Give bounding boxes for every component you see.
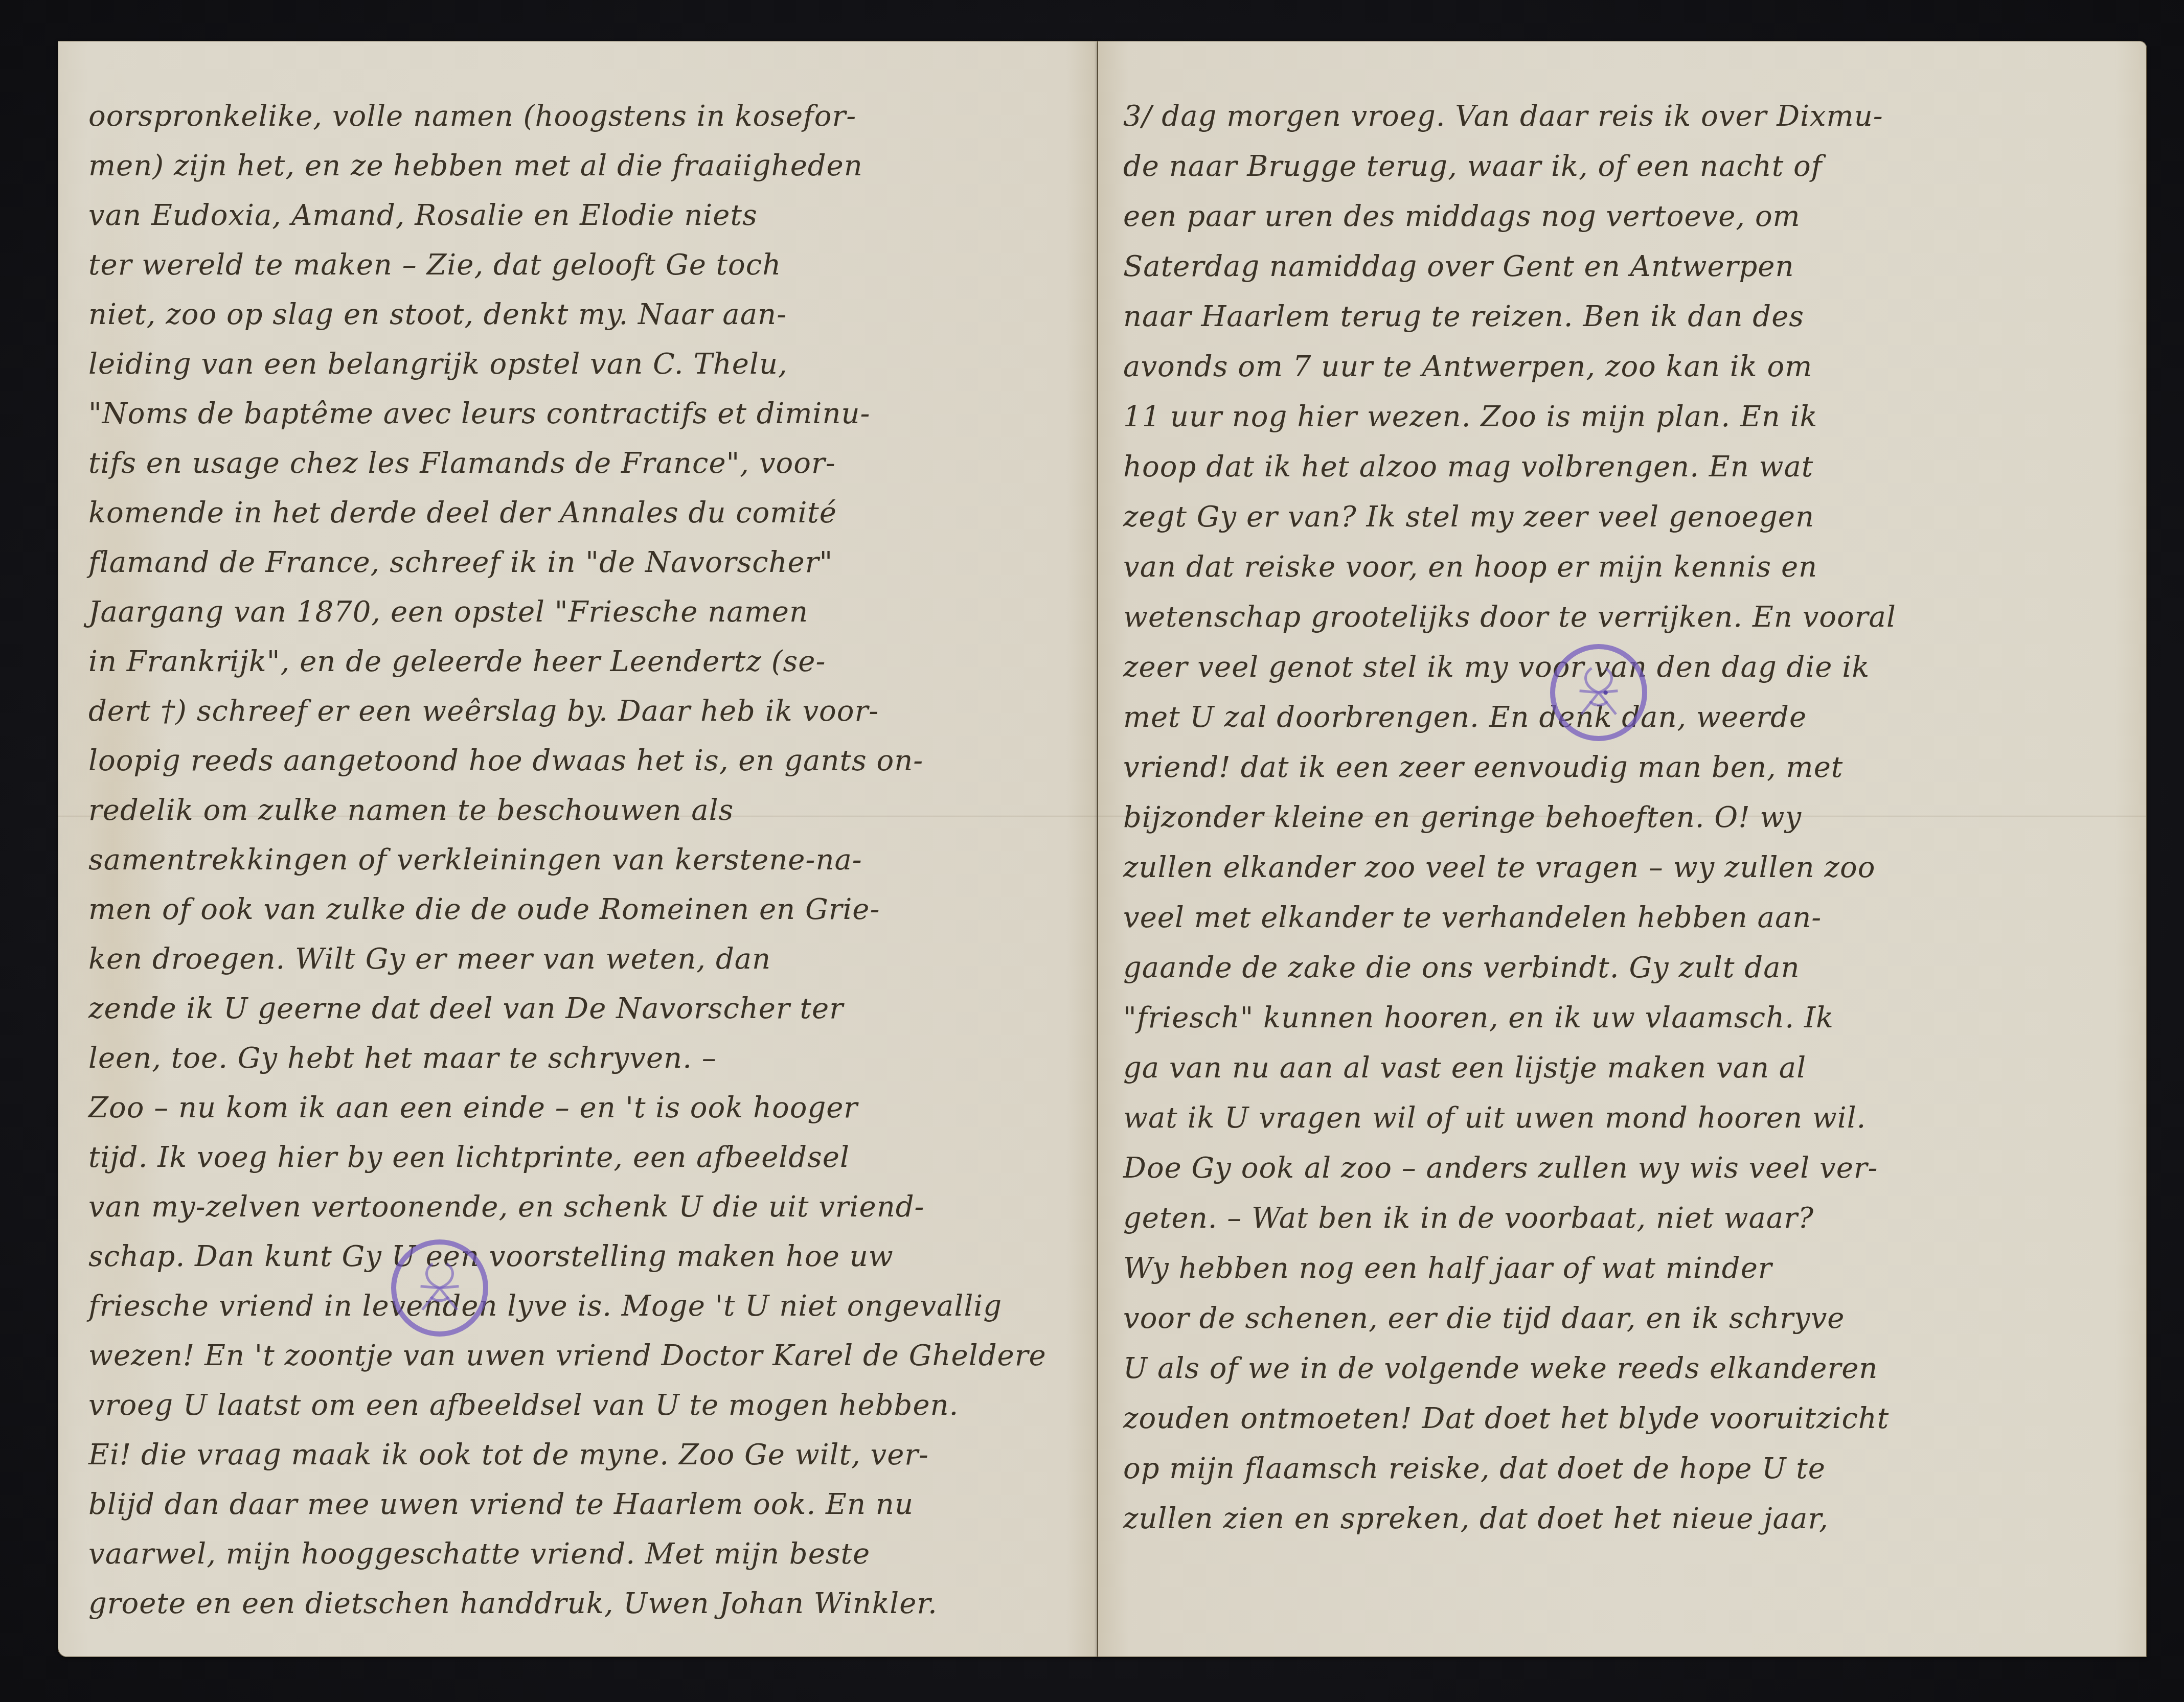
text-line: redelik om zulke namen te beschouwen als [88,796,734,825]
text-line: in Frankrijk", en de geleerde heer Leend… [88,648,826,676]
text-line: komende in het derde deel der Annales du… [88,499,837,527]
text-line: zullen zien en spreken, dat doet het nie… [1123,1505,1829,1533]
text-line: op mijn flaamsch reiske, dat doet de hop… [1123,1455,1826,1483]
text-line: naar Haarlem terug te reizen. Ben ik dan… [1123,303,1804,331]
text-line: blijd dan daar mee uwen vriend te Haarle… [88,1490,914,1519]
text-line: dert †) schreef er een weêrslag by. Daar… [88,697,879,726]
left-page: oorspronkelike, volle namen (hoogstens i… [58,41,1098,1657]
text-line: schap. Dan kunt Gy U een voorstelling ma… [88,1243,894,1271]
right-page-text: 3/ dag morgen vroeg. Van daar reis ik ov… [1098,41,2147,1657]
text-line: zegt Gy er van? Ik stel my zeer veel gen… [1123,503,1814,532]
text-line: loopig reeds aangetoond hoe dwaas het is… [88,747,923,775]
text-line: Wy hebben nog een half jaar of wat minde… [1123,1254,1772,1283]
text-line: veel met elkander te verhandelen hebben … [1123,904,1822,932]
text-line: oorspronkelike, volle namen (hoogstens i… [88,102,856,131]
text-line: men of ook van zulke die de oude Romeine… [88,895,880,924]
text-line: zeer veel genot stel ik my voor van den … [1123,653,1870,682]
text-line: van dat reiske voor, en hoop er mijn ken… [1123,553,1817,582]
text-line: vroeg U laatst om een afbeeldsel van U t… [88,1391,959,1420]
right-page: 3/ dag morgen vroeg. Van daar reis ik ov… [1098,41,2147,1657]
text-line: groete en een dietschen handdruk, Uwen J… [88,1590,938,1618]
text-line: bijzonder kleine en geringe behoeften. O… [1123,803,1802,832]
text-line: ken droegen. Wilt Gy er meer van weten, … [88,945,771,974]
text-line: ga van nu aan al vast een lijstje maken … [1123,1054,1806,1083]
text-line: zullen elkander zoo veel te vragen – wy … [1123,854,1875,882]
text-line: voor de schenen, eer die tijd daar, en i… [1123,1304,1845,1333]
text-line: samentrekkingen of verkleiningen van ker… [88,846,862,875]
text-line: Zoo – nu kom ik aan een einde – en 't is… [88,1094,858,1122]
library-stamp-icon [1550,644,1647,741]
text-line: Jaargang van 1870, een opstel "Friesche … [88,598,808,627]
left-page-text: oorspronkelike, volle namen (hoogstens i… [58,41,1098,1657]
text-line: met U zal doorbrengen. En denk dan, weer… [1123,703,1807,732]
text-line: tijd. Ik voeg hier by een lichtprinte, e… [88,1143,850,1172]
text-line: "friesch" kunnen hooren, en ik uw vlaams… [1123,1004,1834,1032]
text-line: zende ik U geerne dat deel van De Navors… [88,995,844,1023]
text-line: de naar Brugge terug, waar ik, of een na… [1123,152,1823,181]
text-line: ter wereld te maken – Zie, dat gelooft G… [88,251,781,280]
text-line: avonds om 7 uur te Antwerpen, zoo kan ik… [1123,353,1812,381]
text-line: van my-zelven vertoonende, en schenk U d… [88,1193,924,1222]
text-line: "Noms de baptême avec leurs contractifs … [88,400,871,428]
text-line: wetenschap grootelijks door te verrijken… [1123,603,1896,632]
text-line: Doe Gy ook al zoo – anders zullen wy wis… [1123,1154,1878,1183]
text-line: niet, zoo op slag en stoot, denkt my. Na… [88,301,787,329]
text-line: vaarwel, mijn hooggeschatte vriend. Met … [88,1540,870,1569]
text-line: 3/ dag morgen vroeg. Van daar reis ik ov… [1123,102,1883,131]
text-line: wat ik U vragen wil of uit uwen mond hoo… [1123,1104,1866,1133]
text-line: Ei! die vraag maak ik ook tot de myne. Z… [88,1441,929,1469]
text-line: U als of we in de volgende weke reeds el… [1123,1354,1878,1383]
text-line: zouden ontmoeten! Dat doet het blyde voo… [1123,1405,1889,1433]
text-line: wezen! En 't zoontje van uwen vriend Doc… [88,1342,1046,1370]
text-line: geten. – Wat ben ik in de voorbaat, niet… [1123,1204,1814,1233]
text-line: Saterdag namiddag over Gent en Antwerpen [1123,252,1794,281]
text-line: vriend! dat ik een zeer eenvoudig man be… [1123,753,1843,782]
text-line: leiding van een belangrijk opstel van C.… [88,350,788,379]
text-line: een paar uren des middags nog vertoeve, … [1123,202,1801,231]
text-line: friesche vriend in levenden lyve is. Mog… [88,1292,1002,1321]
text-line: gaande de zake die ons verbindt. Gy zult… [1123,954,1800,982]
text-line: men) zijn het, en ze hebben met al die f… [88,152,863,180]
library-stamp-icon [391,1239,488,1337]
text-line: leen, toe. Gy hebt het maar te schryven.… [88,1044,717,1073]
text-line: van Eudoxia, Amand, Rosalie en Elodie ni… [88,201,758,230]
text-line: 11 uur nog hier wezen. Zoo is mijn plan.… [1123,403,1818,431]
text-line: flamand de France, schreef ik in "de Nav… [88,548,833,577]
text-line: tifs en usage chez les Flamands de Franc… [88,449,836,478]
text-line: hoop dat ik het alzoo mag volbrengen. En… [1123,453,1813,481]
